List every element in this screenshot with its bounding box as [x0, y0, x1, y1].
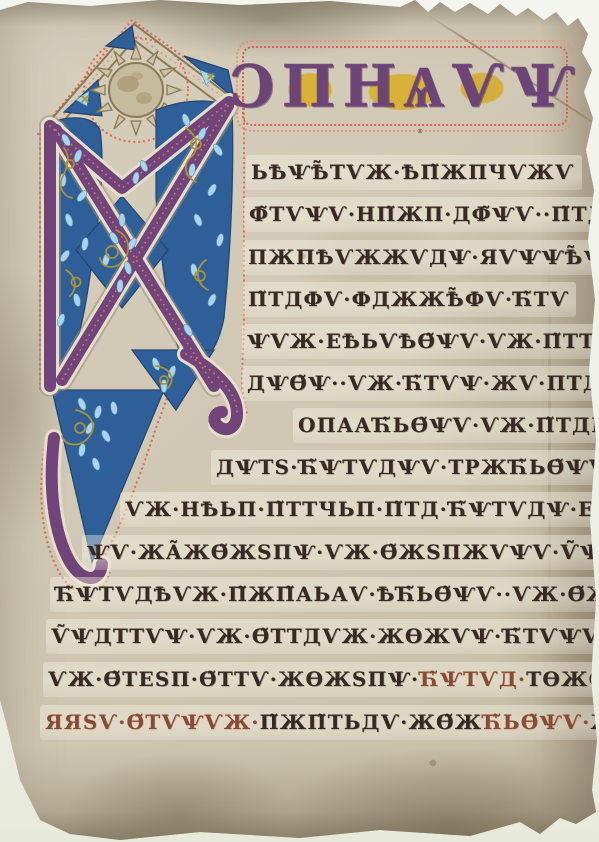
rubric-text: Ћ̃ѰТѴД·	[419, 667, 526, 691]
page-title: ƆПНѦѴѰ	[230, 57, 581, 115]
text-line-6: ДѰѲ̃Ѱ··ѴЖ·Ћ̃ТѴѰ·ЖѴ·ПТД	[242, 366, 599, 401]
title-band: ƆПНѦѴѰ	[242, 46, 568, 126]
text-line-12: Ѵ̃ѰДТТѴѰ·ѴЖ·Ѳ̃ТТДѴЖ·ЖѲЖѴѰ·Ћ̃ТѴѰѴ·ЖП̃АЬѲ̃…	[46, 619, 599, 654]
text-line-8: ДѰТЅ·Ћ̃ѰТѴДѰѴ·ТРЖЋ̃ЬѲ̃ѰѴ···	[211, 450, 599, 485]
manuscript-photo-background: { "palette":{ "ink":"#362a22","rubric":"…	[0, 0, 599, 842]
text-line-11: Ћ̃ѰТѴДѢѴЖ·П̃ЖП̃АЬАѴ·ѢЋ̃ЬѲ̃ѰѴ··ѴЖ·Ѳ̃ЖЅТЖѴ…	[50, 577, 599, 612]
ink-text: Ћ̃ѰТѴДѢѴЖ·П̃ЖП̃АЬАѴ·ѢЋ̃ЬѲ̃ѰѴ··ѴЖ·Ѳ̃ЖЅТЖѴ…	[55, 582, 599, 606]
ink-text: ДѰТЅ·Ћ̃ѰТѴДѰѴ·ТРЖЋ̃ЬѲ̃ѰѴ···	[216, 455, 599, 479]
ink-text: ТѲЖѲ̃ѰѴ·ѴЖ·ЯѲ	[526, 667, 599, 691]
ink-text: ѰѴ·ЖА̃ЖѲ̃ЖЅПѰ·ѴЖ·Ѳ̃ЖЅПЖѴѰѴ·Ѵ̃ѰДТТѴѰѴ·	[87, 540, 599, 564]
ink-text: Ф̃ТѴѰѴ·НП̃ЖП·ДФ̃ѰѴ··П̃ТД	[249, 202, 599, 226]
ink-text: ѴЖ·Ѳ̃ТЕЅП·Ѳ̃ТТѴ·ЖѲЖЅПѰ·	[48, 667, 419, 691]
text-line-1: ЬѢѰѢ̃ТѴЖ·ѢП̃ЖПЧѴЖѴ	[246, 155, 582, 190]
parchment-page: ƆПНѦѴѰ ЬѢѰѢ̃ТѴЖ·ѢП̃ЖПЧѴЖѴФ̃ТѴѰѴ·НП̃ЖП·ДФ…	[0, 0, 599, 842]
text-line-7: ОПААЋ̃ЬѲ̃ѰѴ·ѴЖ·П̃ТДЕ	[293, 408, 599, 443]
text-line-2: Ф̃ТѴѰѴ·НП̃ЖП·ДФ̃ѰѴ··П̃ТД	[244, 197, 599, 232]
ink-text: ѰѴЖ·ЕѢЬѴѢѲ̃ѰѴ·ѴЖ·П̃ТТѴ	[247, 329, 599, 353]
text-line-4: П̃ТДФѴ·ФДЖЖѢ̃ФѴ·Ћ̃ТѴ	[243, 282, 576, 317]
ink-text: ПЖПѢѴЖЖѴДѰ·ЯѴѰѰѢ̃ѰѴЖ	[248, 245, 599, 269]
text-line-3: ПЖПѢѴЖЖѴДѰ·ЯѴѰѰѢ̃ѰѴЖ	[243, 240, 599, 275]
text-line-5: ѰѴЖ·ЕѢЬѴѢѲ̃ѰѴ·ѴЖ·П̃ТТѴ	[242, 324, 599, 359]
ink-text: Ѵ̃ѰДТТѴѰ·ѴЖ·Ѳ̃ТТДѴЖ·ЖѲЖѴѰ·Ћ̃ТѴѰѴ·	[51, 624, 599, 648]
text-line-9: ѴЖ·НѢЬП·П̃ТТЧЬП·П̃ТД·Ћ̃ѰТѴДѰ·ЕПЖЖЋ̃ЬЅ̃	[120, 492, 599, 527]
rubric-text: ЯЯЅѴ·Ѳ̃ТѴѰѴЖ·	[45, 710, 260, 734]
ink-text: ЖА̃ЖѲ̃ЖД	[591, 710, 599, 734]
ink-text: ѴЖ·НѢЬП·П̃ТТЧЬП·П̃ТД·Ћ̃ѰТѴДѰ·ЕПЖЖЋ̃ЬЅ̃	[125, 497, 599, 521]
ink-text: П̃ТДФѴ·ФДЖЖѢ̃ФѴ·Ћ̃ТѴ	[248, 287, 569, 311]
text-line-13: ѴЖ·Ѳ̃ТЕЅП·Ѳ̃ТТѴ·ЖѲЖЅПѰ·Ћ̃ѰТѴД·ТѲЖѲ̃ѰѴ·ѴЖ…	[43, 662, 599, 697]
ink-text: ОПААЋ̃ЬѲ̃ѰѴ·ѴЖ·П̃ТДЕ	[298, 413, 599, 437]
ink-text: П̃ЖП̃ТЬДѴ·ЖѲ̃Ж	[260, 710, 483, 734]
ink-text: ДѰѲ̃Ѱ··ѴЖ·Ћ̃ТѴѰ·ЖѴ·ПТД	[247, 371, 599, 395]
rubric-text: Ћ̃ЬѲ̃ѰѴ·	[482, 710, 590, 734]
ink-text: ЬѢѰѢ̃ТѴЖ·ѢП̃ЖПЧѴЖѴ	[251, 160, 575, 184]
text-line-10: ѰѴ·ЖА̃ЖѲ̃ЖЅПѰ·ѴЖ·Ѳ̃ЖЅПЖѴѰѴ·Ѵ̃ѰДТТѴѰѴ·	[82, 535, 599, 570]
text-line-14: ЯЯЅѴ·Ѳ̃ТѴѰѴЖ·П̃ЖП̃ТЬДѴ·ЖѲ̃ЖЋ̃ЬѲ̃ѰѴ·ЖА̃ЖѲ…	[40, 705, 599, 740]
